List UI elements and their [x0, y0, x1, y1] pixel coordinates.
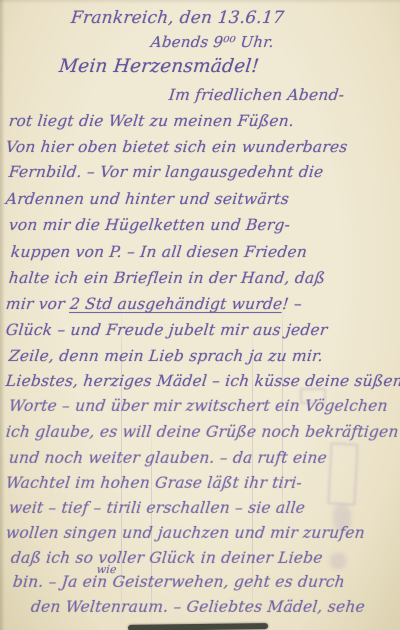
letter-line: rot liegt die Welt zu meinen Füßen.: [8, 112, 295, 130]
letter-line: Glück – und Freude jubelt mir aus jeder: [5, 321, 328, 339]
letter-line: bin. – Ja ein Geisterwehen, geht es durc…: [12, 573, 346, 591]
letter-line: Ardennen und hinter und seitwärts: [5, 190, 290, 208]
letter-line-suffix: ! –: [282, 295, 303, 313]
letter-line: halte ich ein Brieflein in der Hand, daß: [8, 269, 326, 287]
letter-line: Zeile, denn mein Lieb sprach ja zu mir.: [8, 347, 324, 365]
letter-line: Fernbild. – Vor mir langausgedehnt die: [8, 163, 324, 181]
letter-line: Von hier oben bietet sich ein wunderbare…: [5, 138, 348, 156]
salutation: Mein Herzensmädel!: [58, 56, 260, 77]
letter-line: kuppen von P. – In all diesen Frieden: [10, 243, 308, 261]
letter-line: Wachtel im hohen Grase läßt ihr tiri-: [5, 474, 303, 492]
paper-edge-shading: [0, 0, 400, 4]
letter-line-prefix: mir vor: [5, 295, 71, 313]
scan-edge-artifact: [128, 623, 268, 630]
letter-line: Worte – und über mir zwitschert ein Vöge…: [8, 397, 389, 415]
letter-line: ich glaube, es will deine Grüße noch bek…: [5, 423, 400, 441]
dateline: Frankreich, den 13.6.17: [70, 8, 285, 28]
letter-line: Liebstes, herziges Mädel – ich küsse dei…: [5, 372, 400, 390]
letter-line: den Weltenraum. – Geliebtes Mädel, sehe: [30, 598, 366, 616]
letter-line-underlined: mir vor 2 Std ausgehändigt wurde! –: [5, 295, 303, 313]
letter-line: von mir die Hügelketten und Berg-: [8, 216, 291, 234]
inserted-word: wie: [96, 563, 117, 576]
letter-line: weit – tief – tirili erschallen – sie al…: [8, 499, 306, 517]
time-line: Abends 9⁰⁰ Uhr.: [150, 33, 275, 51]
paper-edge-shading: [0, 0, 5, 630]
letter-line: wollen singen und jauchzen und mir zuruf…: [5, 524, 366, 542]
letter-line: und noch weiter glauben. – da ruft eine: [8, 449, 328, 467]
letter-line: Im friedlichen Abend-: [168, 86, 345, 104]
ink-bleedthrough: [330, 553, 346, 569]
stamp-bleedthrough: [327, 442, 358, 505]
letter-line: daß ich so voller Glück in deiner Liebe: [10, 549, 324, 567]
underlined-phrase: 2 Std ausgehändigt wurde: [69, 295, 283, 313]
letter-page: Frankreich, den 13.6.17 Abends 9⁰⁰ Uhr. …: [0, 0, 400, 630]
